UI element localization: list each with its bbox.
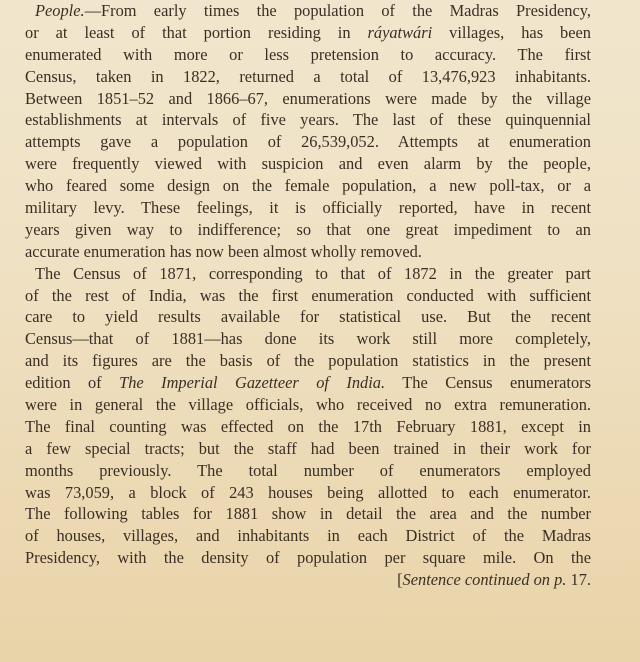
text-line: The final counting was effected on the 1… (25, 416, 591, 438)
text-line: or at least of that portion residing in … (25, 22, 591, 44)
text-line: enumerated with more or less pretension … (25, 44, 591, 66)
text-line: accurate enumeration has now been almost… (25, 241, 591, 263)
text-line: Census—that of 1881—has done its work st… (25, 328, 591, 350)
text-line: Census, taken in 1822, returned a total … (25, 66, 591, 88)
text-line: care to yield results available for stat… (25, 306, 591, 328)
text-line: People.—From early times the population … (25, 0, 591, 22)
section-heading: People. (35, 1, 85, 20)
text-line: of houses, villages, and inhabitants in … (25, 525, 591, 547)
text-line: military levy. These feelings, it is off… (25, 197, 591, 219)
book-title: The Imperial Gazetteer of India. (119, 373, 385, 392)
text-line: Between 1851–52 and 1866–67, enumeration… (25, 88, 591, 110)
continuation-note: [Sentence continued on p. 17. (25, 569, 591, 591)
text-line: months previously. The total number of e… (25, 460, 591, 482)
text-line: who feared some design on the female pop… (25, 175, 591, 197)
text-line: attempts gave a population of 26,539,052… (25, 131, 591, 153)
text-line: Presidency, with the density of populati… (25, 547, 591, 569)
text-line: establishments at intervals of five year… (25, 109, 591, 131)
text-line: were in general the village officials, w… (25, 394, 591, 416)
text-line: and its figures are the basis of the pop… (25, 350, 591, 372)
text-line: of the rest of India, was the first enum… (25, 285, 591, 307)
document-page: People.—From early times the population … (25, 0, 591, 591)
text-line: was 73,059, a block of 243 houses being … (25, 482, 591, 504)
text-line: years given way to indifference; so that… (25, 219, 591, 241)
paragraph-people: People.—From early times the population … (25, 0, 591, 263)
text-line: The Census of 1871, corresponding to tha… (25, 263, 591, 285)
text-line: a few special tracts; but the staff had … (25, 438, 591, 460)
text-line: edition of The Imperial Gazetteer of Ind… (25, 372, 591, 394)
paragraph-census: The Census of 1871, corresponding to tha… (25, 263, 591, 569)
text-line: The following tables for 1881 show in de… (25, 503, 591, 525)
text-line: were frequently viewed with suspicion an… (25, 153, 591, 175)
